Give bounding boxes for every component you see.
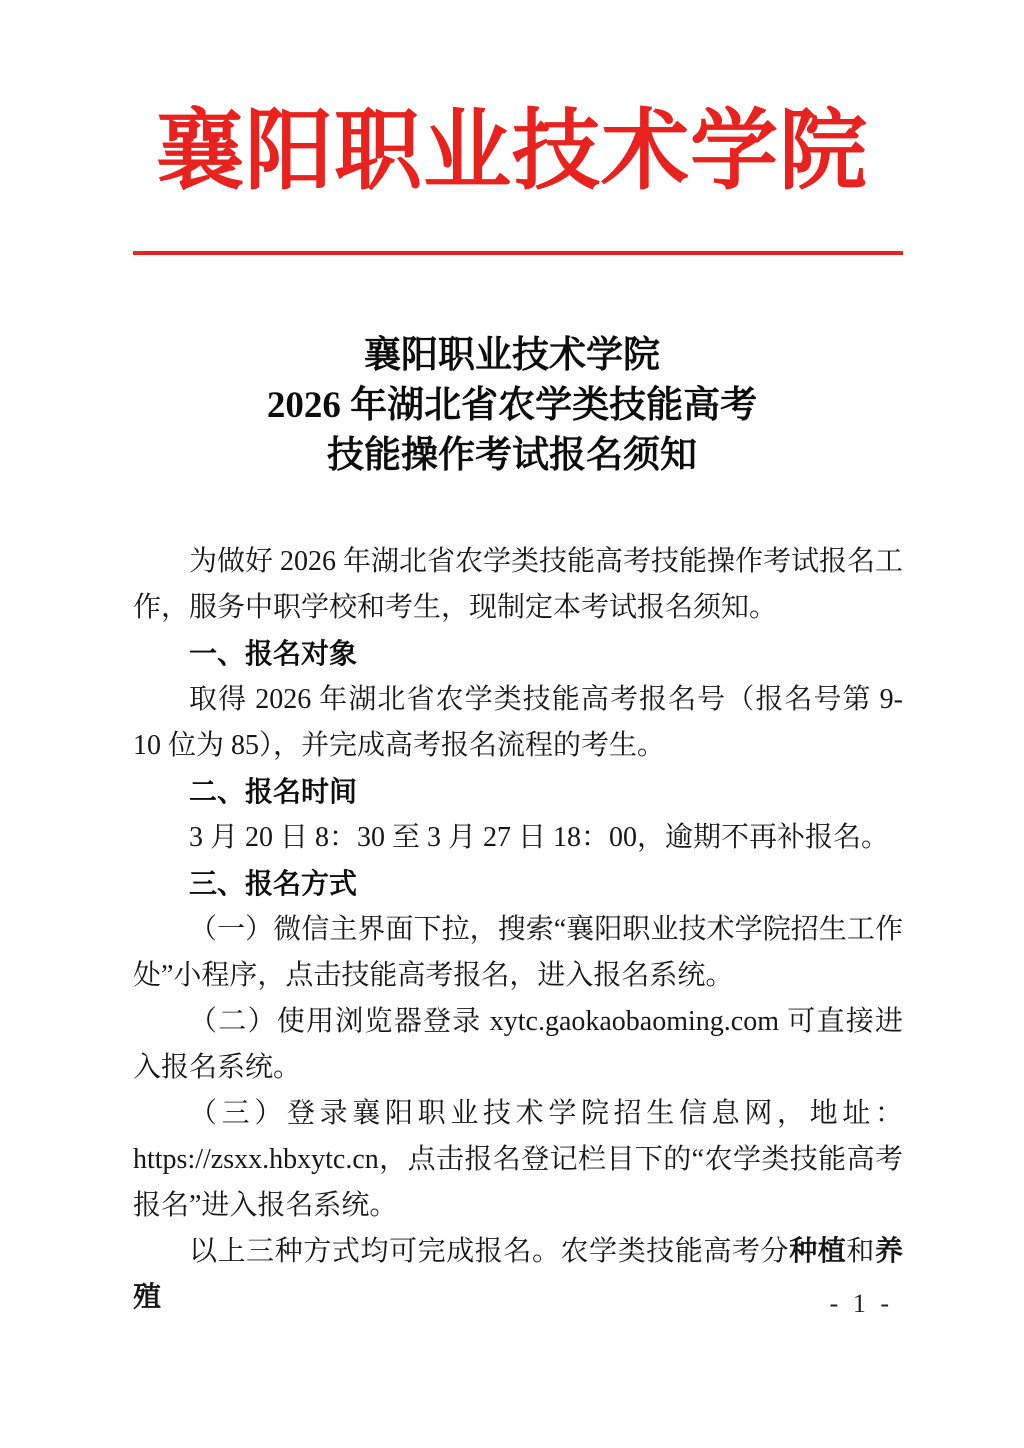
page-number: - 1 - <box>830 1288 893 1320</box>
letterhead-school-name: 襄阳职业技术学院 <box>0 104 1024 203</box>
document-title-line-2: 2026 年湖北省农学类技能高考 <box>0 381 1024 431</box>
body-text: （二）使用浏览器登录 xytc.gaokaobaoming.com 可直接进入报… <box>133 1006 903 1083</box>
document-body: 为做好 2026 年湖北省农学类技能高考技能操作考试报名工作，服务中职学校和考生… <box>0 539 1024 1321</box>
body-text: 取得 2026 年湖北省农学类技能高考报名号（报名号第 9-10 位为 85），… <box>133 684 903 761</box>
document-title-line-3: 技能操作考试报名须知 <box>0 431 1024 481</box>
paragraph: 取得 2026 年湖北省农学类技能高考报名号（报名号第 9-10 位为 85），… <box>133 677 903 769</box>
emphasized-text: 种植 <box>789 1236 846 1267</box>
paragraph: （三）登录襄阳职业技术学院招生信息网，地址：https://zsxx.hbxyt… <box>133 1091 903 1229</box>
paragraph: 3 月 20 日 8：30 至 3 月 27 日 18：00，逾期不再补报名。 <box>133 815 903 861</box>
body-text: 和 <box>846 1236 875 1267</box>
section-heading: 一、报名对象 <box>133 631 903 677</box>
emphasized-text: 三、报名方式 <box>189 868 357 899</box>
emphasized-text: 一、报名对象 <box>189 638 357 669</box>
body-text: 以上三种方式均可完成报名。农学类技能高考分 <box>189 1236 789 1267</box>
paragraph: 为做好 2026 年湖北省农学类技能高考技能操作考试报名工作，服务中职学校和考生… <box>133 539 903 631</box>
body-text: 3 月 20 日 8：30 至 3 月 27 日 18：00，逾期不再补报名。 <box>189 822 889 853</box>
body-text: （一）微信主界面下拉，搜索“襄阳职业技术学院招生工作处”小程序，点击技能高考报名… <box>133 914 903 991</box>
paragraph: （二）使用浏览器登录 xytc.gaokaobaoming.com 可直接进入报… <box>133 999 903 1091</box>
document-title: 襄阳职业技术学院 2026 年湖北省农学类技能高考 技能操作考试报名须知 <box>0 331 1024 481</box>
section-heading: 三、报名方式 <box>133 861 903 907</box>
document-page: 襄阳职业技术学院 襄阳职业技术学院 2026 年湖北省农学类技能高考 技能操作考… <box>0 0 1024 1448</box>
paragraph: 以上三种方式均可完成报名。农学类技能高考分种植和养殖 <box>133 1229 903 1321</box>
body-text: 为做好 2026 年湖北省农学类技能高考技能操作考试报名工作，服务中职学校和考生… <box>133 546 903 623</box>
document-title-line-1: 襄阳职业技术学院 <box>0 331 1024 381</box>
emphasized-text: 二、报名时间 <box>189 776 357 807</box>
letterhead-divider <box>133 251 903 255</box>
section-heading: 二、报名时间 <box>133 769 903 815</box>
body-text: （三）登录襄阳职业技术学院招生信息网，地址：https://zsxx.hbxyt… <box>133 1098 903 1221</box>
paragraph: （一）微信主界面下拉，搜索“襄阳职业技术学院招生工作处”小程序，点击技能高考报名… <box>133 907 903 999</box>
